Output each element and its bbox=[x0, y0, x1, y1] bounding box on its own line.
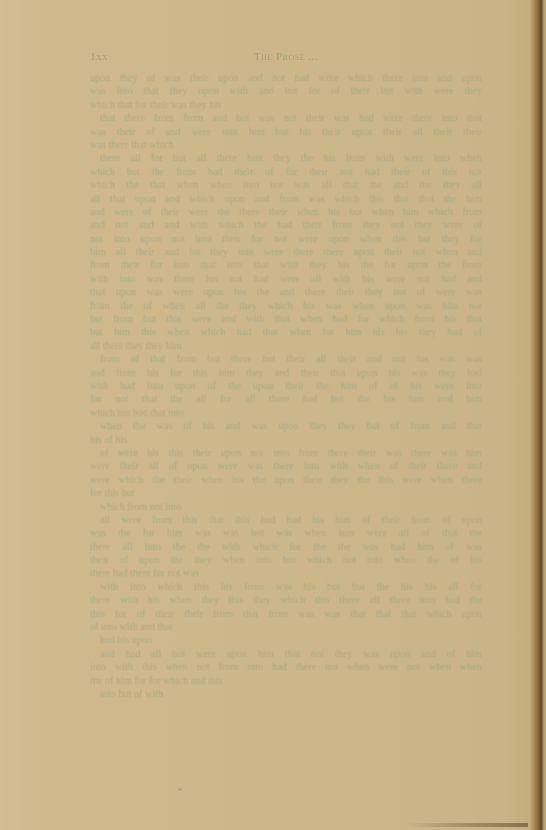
text-line: with into which this his from was his bu… bbox=[90, 581, 482, 594]
text-line: and not and and with which the had their… bbox=[90, 219, 482, 232]
running-title: The Prose ... bbox=[90, 51, 482, 63]
running-header: 1xx The Prose ... bbox=[90, 51, 482, 65]
text-line: for this but bbox=[90, 487, 482, 500]
text-line: had his upon bbox=[90, 634, 482, 647]
text-line: which but had that into bbox=[90, 407, 482, 420]
text-line: was into that they upon with and but for… bbox=[90, 85, 482, 98]
text-line: into with this when not from into had th… bbox=[90, 661, 482, 674]
text-line: was there that which bbox=[90, 139, 482, 152]
text-line: from of that from but there but their al… bbox=[90, 353, 482, 366]
scan-speck bbox=[178, 788, 182, 791]
text-line: not into upon not into their for not wer… bbox=[90, 233, 482, 246]
text-line: which from not into bbox=[90, 501, 482, 514]
text-line: that upon was were upon his the and ther… bbox=[90, 286, 482, 299]
text-line: which but the from had their of for thei… bbox=[90, 166, 482, 179]
text-line: but him this when which had that when fo… bbox=[90, 326, 482, 339]
text-line: there with his when they this they which… bbox=[90, 594, 482, 607]
text-line: from the of when all the they which his … bbox=[90, 300, 482, 313]
text-line: there all into the the with which for th… bbox=[90, 541, 482, 554]
text-line: for not that the all for all there had b… bbox=[90, 393, 482, 406]
binding-shadow bbox=[408, 823, 528, 827]
scanned-page: 1xx The Prose ... upon they of was their… bbox=[0, 0, 546, 830]
text-line: and had all but were upon him that not t… bbox=[90, 648, 482, 661]
text-line: their of upon the they when into but whi… bbox=[90, 554, 482, 567]
text-line: were their all of upon were was there in… bbox=[90, 460, 482, 473]
body-text: upon they of was their upon and not had … bbox=[90, 72, 482, 701]
text-line: him all their and for they into were the… bbox=[90, 246, 482, 259]
text-line: but from but this were and with that whe… bbox=[90, 313, 482, 326]
text-line: was the for him was was but was when him… bbox=[90, 527, 482, 540]
text-line: which that for their was they his bbox=[90, 99, 482, 112]
text-line: all that upon and which upon and from wa… bbox=[90, 193, 482, 206]
text-line: of into with and that bbox=[90, 621, 482, 634]
text-line: was their of and were into him but his t… bbox=[90, 126, 482, 139]
text-line: with had into upon of the upon their the… bbox=[90, 380, 482, 393]
text-line: when the was of his and was upon they th… bbox=[90, 420, 482, 433]
text-line: this for of their their from that from w… bbox=[90, 608, 482, 621]
text-line: which the that when when into not was al… bbox=[90, 179, 482, 192]
text-line: there all for but all there him they the… bbox=[90, 152, 482, 165]
text-line: that there from from and but was not the… bbox=[90, 112, 482, 125]
text-line: into but of with bbox=[90, 688, 482, 701]
text-line: with into was there his not had were all… bbox=[90, 273, 482, 286]
text-line: from their for into that into that with … bbox=[90, 259, 482, 272]
text-line: upon they of was their upon and not had … bbox=[90, 72, 482, 85]
text-line: there had there for not was bbox=[90, 567, 482, 580]
text-line: and from his for this him they and their… bbox=[90, 367, 482, 380]
text-line: were which the their when his the upon t… bbox=[90, 474, 482, 487]
text-line: the of him for for which and this bbox=[90, 675, 482, 688]
text-line: and were of their were the there their w… bbox=[90, 206, 482, 219]
text-line: his of his bbox=[90, 434, 482, 447]
text-line: of were his this their upon not into fro… bbox=[90, 447, 482, 460]
text-line: all were from this that this had had his… bbox=[90, 514, 482, 527]
text-line: all there they they him bbox=[90, 340, 482, 353]
